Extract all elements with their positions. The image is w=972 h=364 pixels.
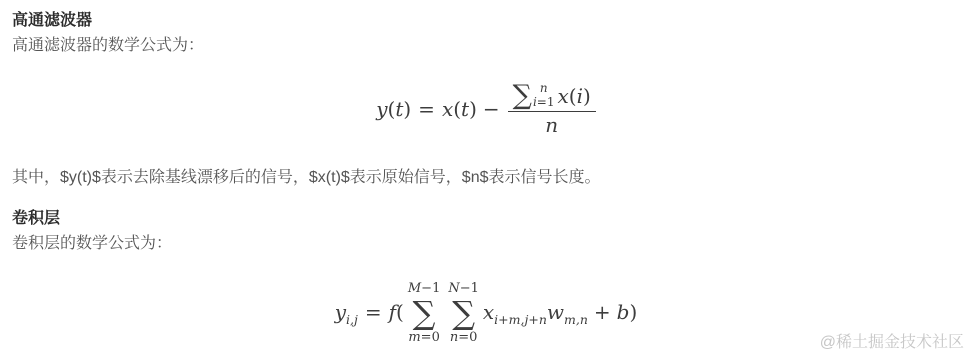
sigma-symbol: ∑	[413, 295, 436, 331]
math-var-b: b	[617, 300, 630, 324]
numerator: ∑ n i=1 x(i)	[508, 82, 596, 112]
sigma-symbol: ∑	[452, 295, 475, 331]
open-paren: (	[569, 84, 577, 108]
article-body: 高通滤波器 高通滤波器的数学公式为： y(t)=x(t)− ∑ n i=1 x(…	[0, 0, 972, 344]
math-var-y: y	[376, 97, 387, 121]
formula1-lhs: y(t)=x(t)−	[376, 97, 505, 121]
formula-highpass: y(t)=x(t)− ∑ n i=1 x(i) n	[12, 80, 960, 138]
minus-sign: −	[483, 97, 500, 121]
math-var-w: w	[547, 300, 564, 324]
math-var-x: x	[557, 84, 568, 108]
math-func-f: f	[389, 300, 396, 324]
w-subscript: m,n	[564, 312, 588, 327]
formula-convolution: yi,j=f( M−1 ∑ m=0 N−1 ∑ n=0 xi+m,j+nwm,n…	[12, 282, 960, 344]
numerator-term: x(i)	[557, 84, 590, 108]
sum-lower-rest: =0	[458, 330, 477, 345]
equals-sign: =	[365, 300, 382, 324]
denominator: n	[508, 111, 596, 136]
math-var-x: x	[442, 97, 453, 121]
close-paren: )	[629, 300, 637, 324]
section2-intro: 卷积层的数学公式为：	[12, 234, 960, 254]
formula2-rhs: xi+m,j+nwm,n+b)	[483, 300, 637, 327]
sum-lower-var: m	[408, 330, 420, 345]
fraction: ∑ n i=1 x(i) n	[508, 82, 596, 137]
section1-intro: 高通滤波器的数学公式为：	[12, 36, 960, 56]
sum-lower-rest: =0	[421, 330, 440, 345]
formula2-lhs: yi,j=f(	[335, 300, 404, 327]
sum-lower-limit: m=0	[408, 331, 440, 344]
sum-lower-limit: n=0	[450, 331, 478, 344]
x-subscript: i+m,j+n	[494, 312, 547, 327]
y-subscript: i,j	[346, 312, 358, 327]
sum-operator-n: N−1 ∑ n=0	[448, 282, 479, 344]
sum-limits: n i=1	[533, 82, 555, 110]
close-paren: )	[469, 97, 477, 121]
equals-sign: =	[418, 97, 435, 121]
math-var-t: t	[461, 97, 469, 121]
math-var-y: y	[335, 300, 346, 324]
open-paren: (	[453, 97, 461, 121]
open-paren: (	[396, 300, 404, 324]
sum-operator-m: M−1 ∑ m=0	[408, 282, 440, 344]
sum-lower-rest: =1	[537, 95, 555, 109]
sum-upper-limit: n	[533, 82, 555, 96]
plus-sign: +	[594, 300, 611, 324]
sum-lower-limit: i=1	[533, 96, 555, 110]
section2-heading: 卷积层	[12, 208, 960, 230]
section1-note: 其中，$y(t)$表示去除基线漂移后的信号，$x(t)$表示原始信号，$n$表示…	[12, 168, 960, 188]
close-paren: )	[403, 97, 411, 121]
close-paren: )	[583, 84, 591, 108]
sum-lower-var: n	[450, 330, 458, 345]
watermark: @稀土掘金技术社区	[820, 329, 964, 352]
section1-heading: 高通滤波器	[12, 10, 960, 32]
sigma-symbol: ∑	[513, 82, 532, 109]
math-var-x: x	[483, 300, 494, 324]
